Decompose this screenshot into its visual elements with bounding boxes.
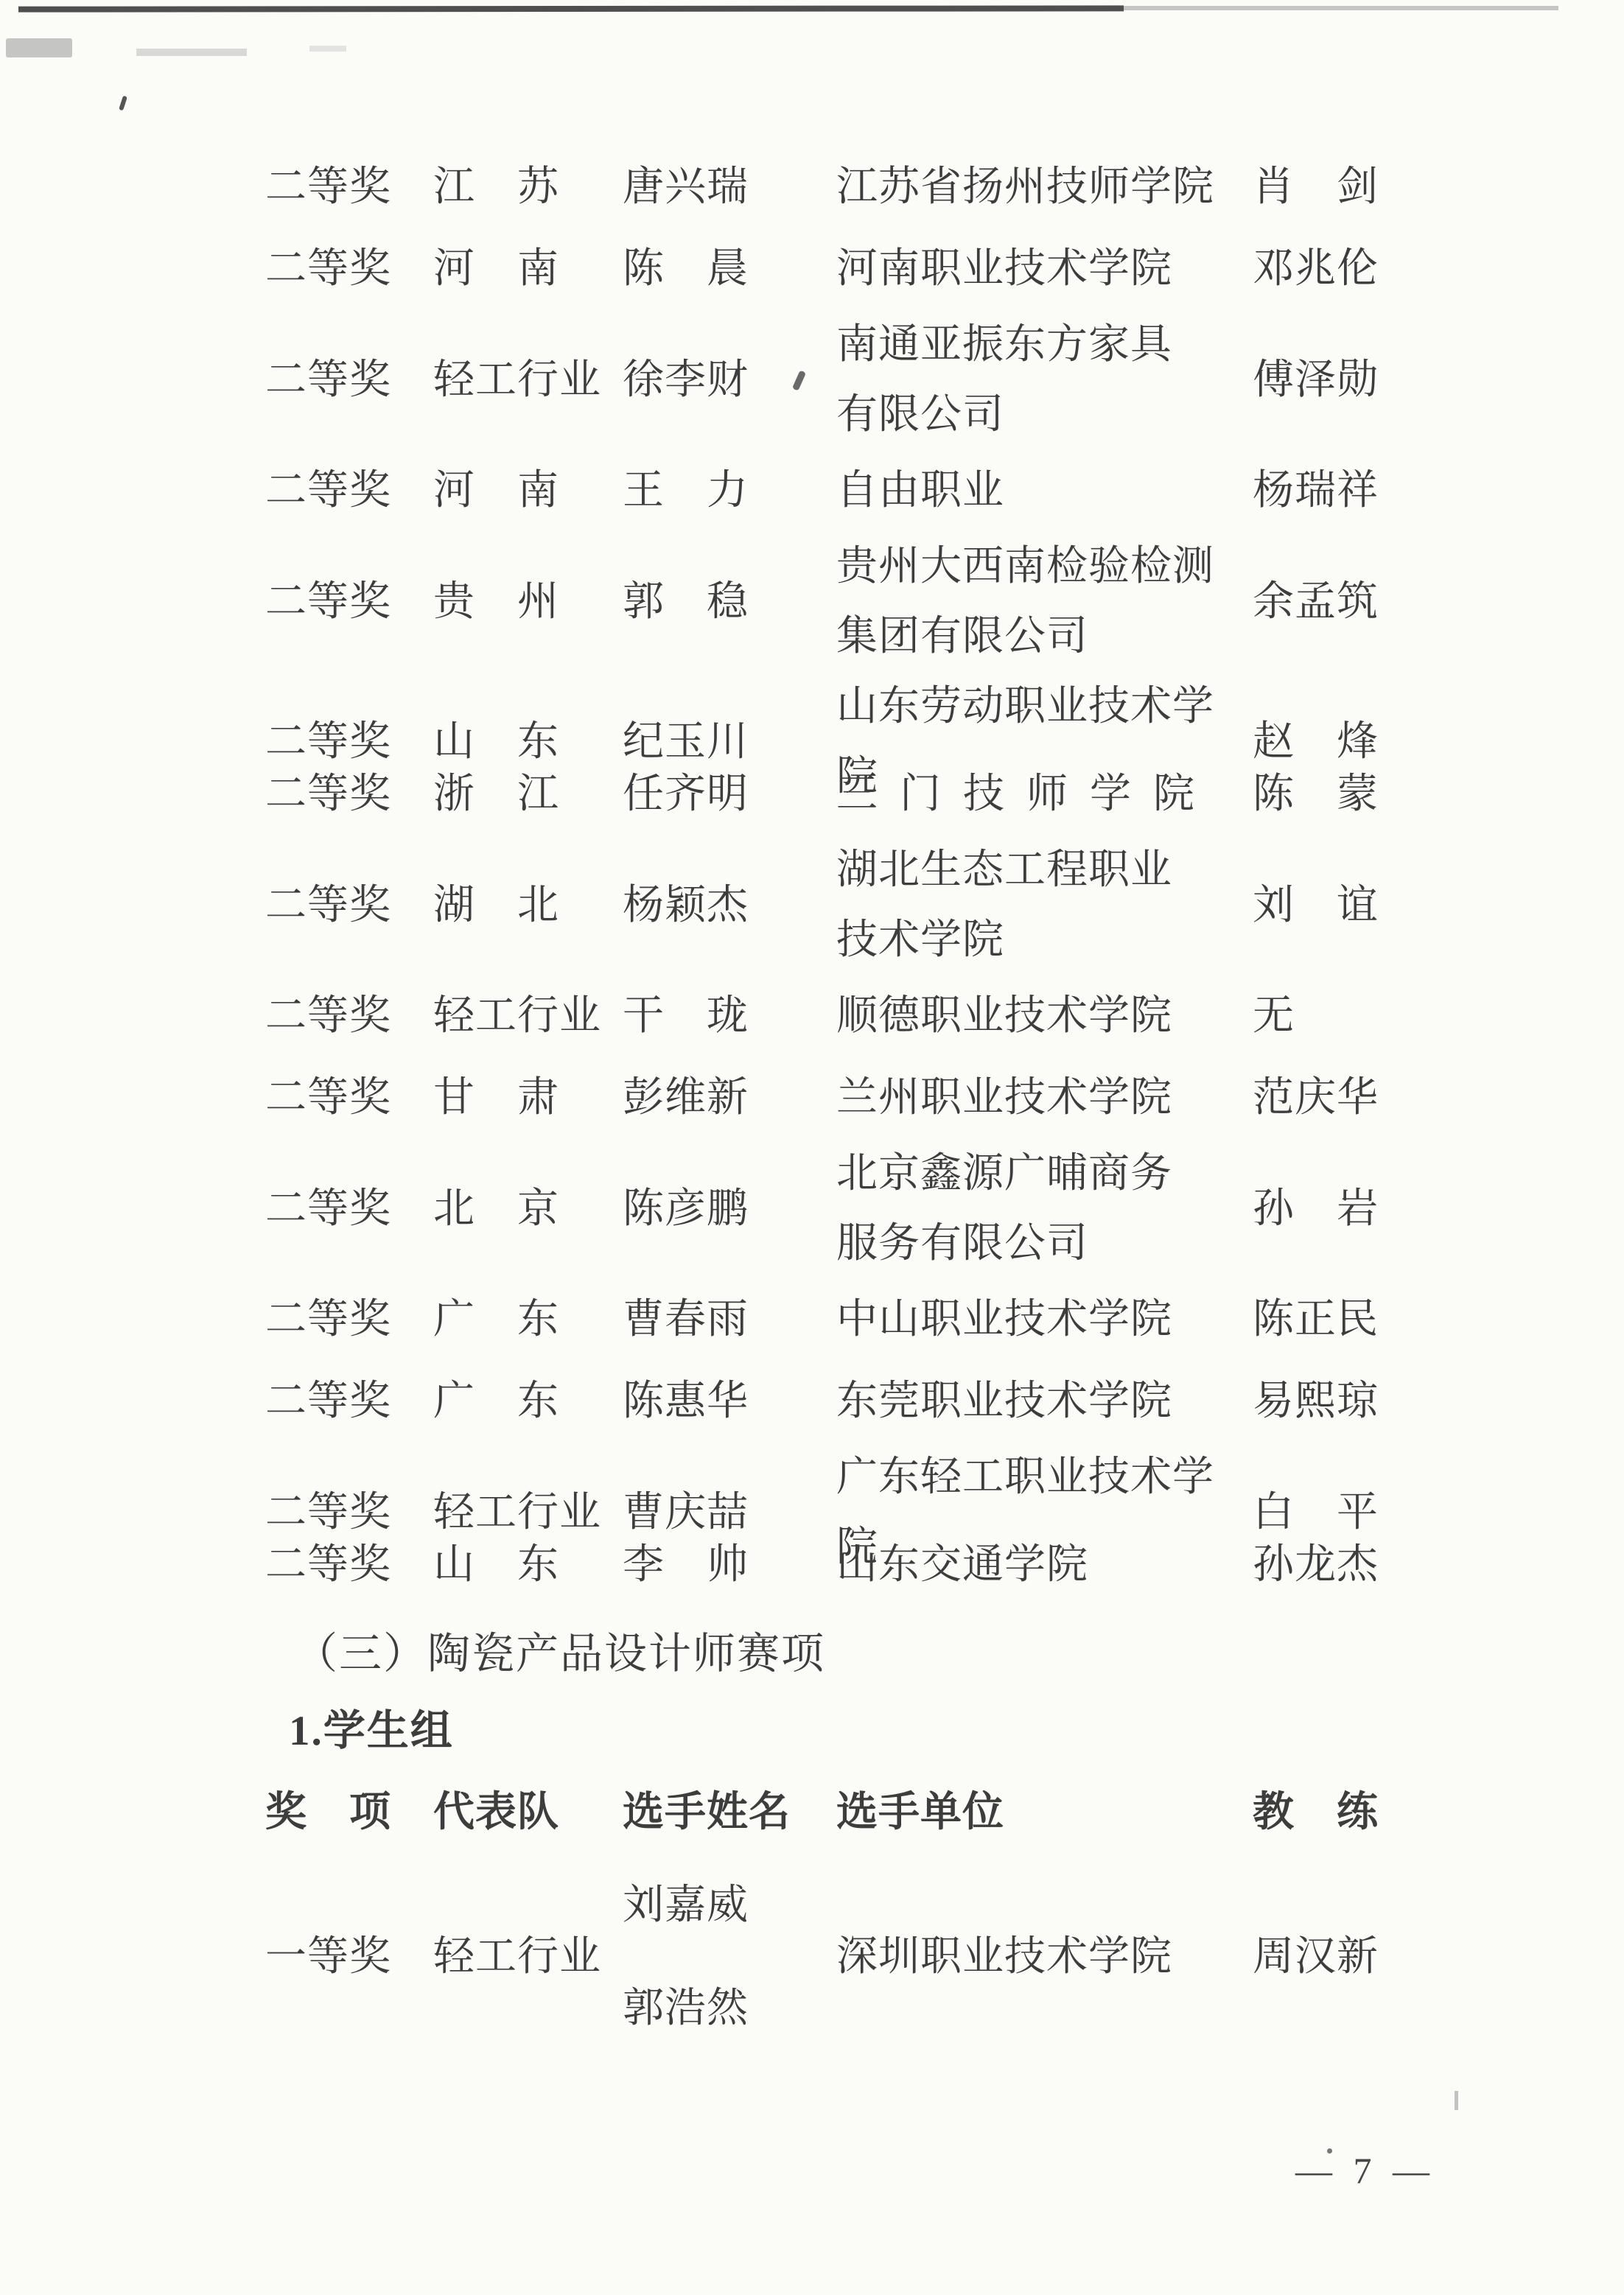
unit-cell: 自由职业 (836, 456, 1253, 526)
scan-artifact-corner-smudge (6, 38, 72, 57)
contestant-name-cell: 彭维新 (623, 1063, 836, 1133)
contestant-name-cell: 任齐明 (623, 760, 836, 830)
delegation-cell: 轻工行业 (433, 1922, 623, 1992)
scan-artifact-tick (119, 96, 127, 111)
contestant-name-cell: 陈彦鹏 (623, 1174, 836, 1244)
contestant-name-cell: 徐李财 (623, 346, 836, 416)
table-header-row: 奖 项 代表队 选手姓名 选手单位 教 练 (265, 1772, 1415, 1854)
award-cell: 二等奖 (265, 760, 433, 830)
award-column-header: 奖 项 (265, 1778, 433, 1848)
contestant-name-cell: 唐兴瑞 (623, 153, 836, 223)
coach-cell: 孙龙杰 (1253, 1530, 1415, 1600)
document-page: 二等奖 江 苏 唐兴瑞 江苏省扬州技师学院 肖 剑 二等奖 河 南 陈 晨 河南… (0, 0, 1624, 2295)
coach-cell: 余孟筑 (1253, 567, 1415, 637)
section-heading: （三）陶瓷产品设计师赛项 (265, 1625, 1415, 1683)
coach-cell: 陈 蒙 (1253, 760, 1415, 830)
delegation-cell: 甘 肃 (433, 1063, 623, 1133)
coach-cell: 傅泽勋 (1253, 346, 1415, 416)
award-cell: 二等奖 (265, 346, 433, 416)
coach-cell: 肖 剑 (1253, 153, 1415, 223)
award-cell: 二等奖 (265, 1530, 433, 1600)
delegation-cell: 轻工行业 (433, 346, 623, 416)
award-cell: 二等奖 (265, 153, 433, 223)
group-subheading: 1.学生组 (265, 1698, 1415, 1765)
unit-cell: 东莞职业技术学院 (836, 1367, 1253, 1437)
contestant-name-cell: 郭 稳 (623, 567, 836, 637)
table-row: 二等奖 湖 北 杨颖杰 湖北生态工程职业 技术学院 刘 谊 (265, 835, 1415, 975)
contestant-name-cell: 曹春雨 (623, 1285, 836, 1355)
coach-cell: 刘 谊 (1253, 871, 1415, 941)
coach-column-header: 教 练 (1253, 1778, 1415, 1848)
award-cell: 二等奖 (265, 1367, 433, 1437)
unit-cell: 贵州大西南检验检测 集团有限公司 (836, 532, 1253, 672)
unit-cell: 中山职业技术学院 (836, 1285, 1253, 1355)
scan-artifact-top-line-faint (1124, 6, 1558, 10)
contestant-name-cell: 李 帅 (623, 1530, 836, 1600)
table-row: 一等奖 轻工行业 刘嘉威 郭浩然 深圳职业技术学院 周汉新 (265, 1854, 1415, 2060)
coach-cell: 周汉新 (1253, 1922, 1415, 1992)
award-cell: 二等奖 (265, 234, 433, 304)
table-row: 二等奖 甘 肃 彭维新 兰州职业技术学院 范庆华 (265, 1057, 1415, 1139)
scan-artifact-dash (1455, 2091, 1458, 2110)
unit-cell: 河南职业技术学院 (836, 234, 1253, 304)
contestant-name-cell: 陈 晨 (623, 234, 836, 304)
unit-cell: 湖北生态工程职业 技术学院 (836, 835, 1253, 975)
delegation-cell: 山 东 (433, 1530, 623, 1600)
award-cell: 二等奖 (265, 1063, 433, 1133)
table-row: 二等奖 轻工行业 曹庆喆 广东轻工职业技术学院 白 平 (265, 1443, 1415, 1524)
unit-cell: 南通亚振东方家具 有限公司 (836, 310, 1253, 450)
scan-artifact-smudge (136, 49, 247, 56)
unit-cell: 三 门 技 师 学 院 (836, 760, 1253, 830)
delegation-cell: 湖 北 (433, 871, 623, 941)
scan-artifact-top-line (18, 5, 1124, 12)
page-content: 二等奖 江 苏 唐兴瑞 江苏省扬州技师学院 肖 剑 二等奖 河 南 陈 晨 河南… (265, 147, 1415, 2060)
coach-cell: 陈正民 (1253, 1285, 1415, 1355)
award-cell: 二等奖 (265, 1285, 433, 1355)
table-row: 二等奖 山 东 纪玉川 山东劳动职业技术学院 赵 烽 (265, 672, 1415, 754)
coach-cell: 无 (1253, 981, 1415, 1051)
award-cell: 二等奖 (265, 567, 433, 637)
delegation-cell: 广 东 (433, 1285, 623, 1355)
table-row: 二等奖 河 南 陈 晨 河南职业技术学院 邓兆伦 (265, 228, 1415, 310)
delegation-cell: 河 南 (433, 234, 623, 304)
coach-cell: 易熙琼 (1253, 1367, 1415, 1437)
award-cell: 一等奖 (265, 1922, 433, 1992)
delegation-column-header: 代表队 (433, 1778, 623, 1848)
delegation-cell: 北 京 (433, 1174, 623, 1244)
contestant-name-cell: 杨颖杰 (623, 871, 836, 941)
unit-cell: 顺德职业技术学院 (836, 981, 1253, 1051)
table-row: 二等奖 河 南 王 力 自由职业 杨瑞祥 (265, 450, 1415, 532)
contestant-name-cell: 干 珑 (623, 981, 836, 1051)
unit-cell: 兰州职业技术学院 (836, 1063, 1253, 1133)
table-row: 二等奖 山 东 李 帅 山东交通学院 孙龙杰 (265, 1524, 1415, 1606)
table-row: 二等奖 贵 州 郭 稳 贵州大西南检验检测 集团有限公司 余孟筑 (265, 532, 1415, 672)
award-cell: 二等奖 (265, 981, 433, 1051)
delegation-cell: 轻工行业 (433, 981, 623, 1051)
page-number: — 7 — (1295, 2148, 1435, 2193)
table-row: 二等奖 轻工行业 干 珑 顺德职业技术学院 无 (265, 975, 1415, 1057)
award-cell: 二等奖 (265, 871, 433, 941)
second-prize-table: 二等奖 江 苏 唐兴瑞 江苏省扬州技师学院 肖 剑 二等奖 河 南 陈 晨 河南… (265, 147, 1415, 1606)
contestant-name-column-header: 选手姓名 (623, 1778, 836, 1848)
coach-cell: 范庆华 (1253, 1063, 1415, 1133)
coach-cell: 邓兆伦 (1253, 234, 1415, 304)
coach-cell: 杨瑞祥 (1253, 456, 1415, 526)
delegation-cell: 浙 江 (433, 760, 623, 830)
table-row: 二等奖 浙 江 任齐明 三 门 技 师 学 院 陈 蒙 (265, 754, 1415, 835)
award-cell: 二等奖 (265, 456, 433, 526)
unit-cell: 北京鑫源广晡商务 服务有限公司 (836, 1139, 1253, 1279)
award-cell: 二等奖 (265, 1174, 433, 1244)
coach-cell: 孙 岩 (1253, 1174, 1415, 1244)
scan-artifact-smudge (309, 46, 346, 52)
unit-column-header: 选手单位 (836, 1778, 1253, 1848)
contestant-name-cell: 陈惠华 (623, 1367, 836, 1437)
unit-cell: 深圳职业技术学院 (836, 1922, 1253, 1992)
unit-cell: 江苏省扬州技师学院 (836, 153, 1253, 223)
unit-cell: 山东交通学院 (836, 1530, 1253, 1600)
table-row: 二等奖 广 东 曹春雨 中山职业技术学院 陈正民 (265, 1279, 1415, 1361)
delegation-cell: 江 苏 (433, 153, 623, 223)
contestant-name-cell: 王 力 (623, 456, 836, 526)
table-row: 二等奖 广 东 陈惠华 东莞职业技术学院 易熙琼 (265, 1361, 1415, 1443)
table-row: 二等奖 轻工行业 徐李财 南通亚振东方家具 有限公司 傅泽勋 (265, 310, 1415, 450)
student-group-table: 奖 项 代表队 选手姓名 选手单位 教 练 一等奖 轻工行业 刘嘉威 郭浩然 深… (265, 1772, 1415, 2060)
delegation-cell: 贵 州 (433, 567, 623, 637)
contestant-name-cell: 刘嘉威 郭浩然 (623, 1854, 836, 2060)
delegation-cell: 广 东 (433, 1367, 623, 1437)
delegation-cell: 河 南 (433, 456, 623, 526)
table-row: 二等奖 北 京 陈彦鹏 北京鑫源广晡商务 服务有限公司 孙 岩 (265, 1139, 1415, 1279)
table-row: 二等奖 江 苏 唐兴瑞 江苏省扬州技师学院 肖 剑 (265, 147, 1415, 228)
